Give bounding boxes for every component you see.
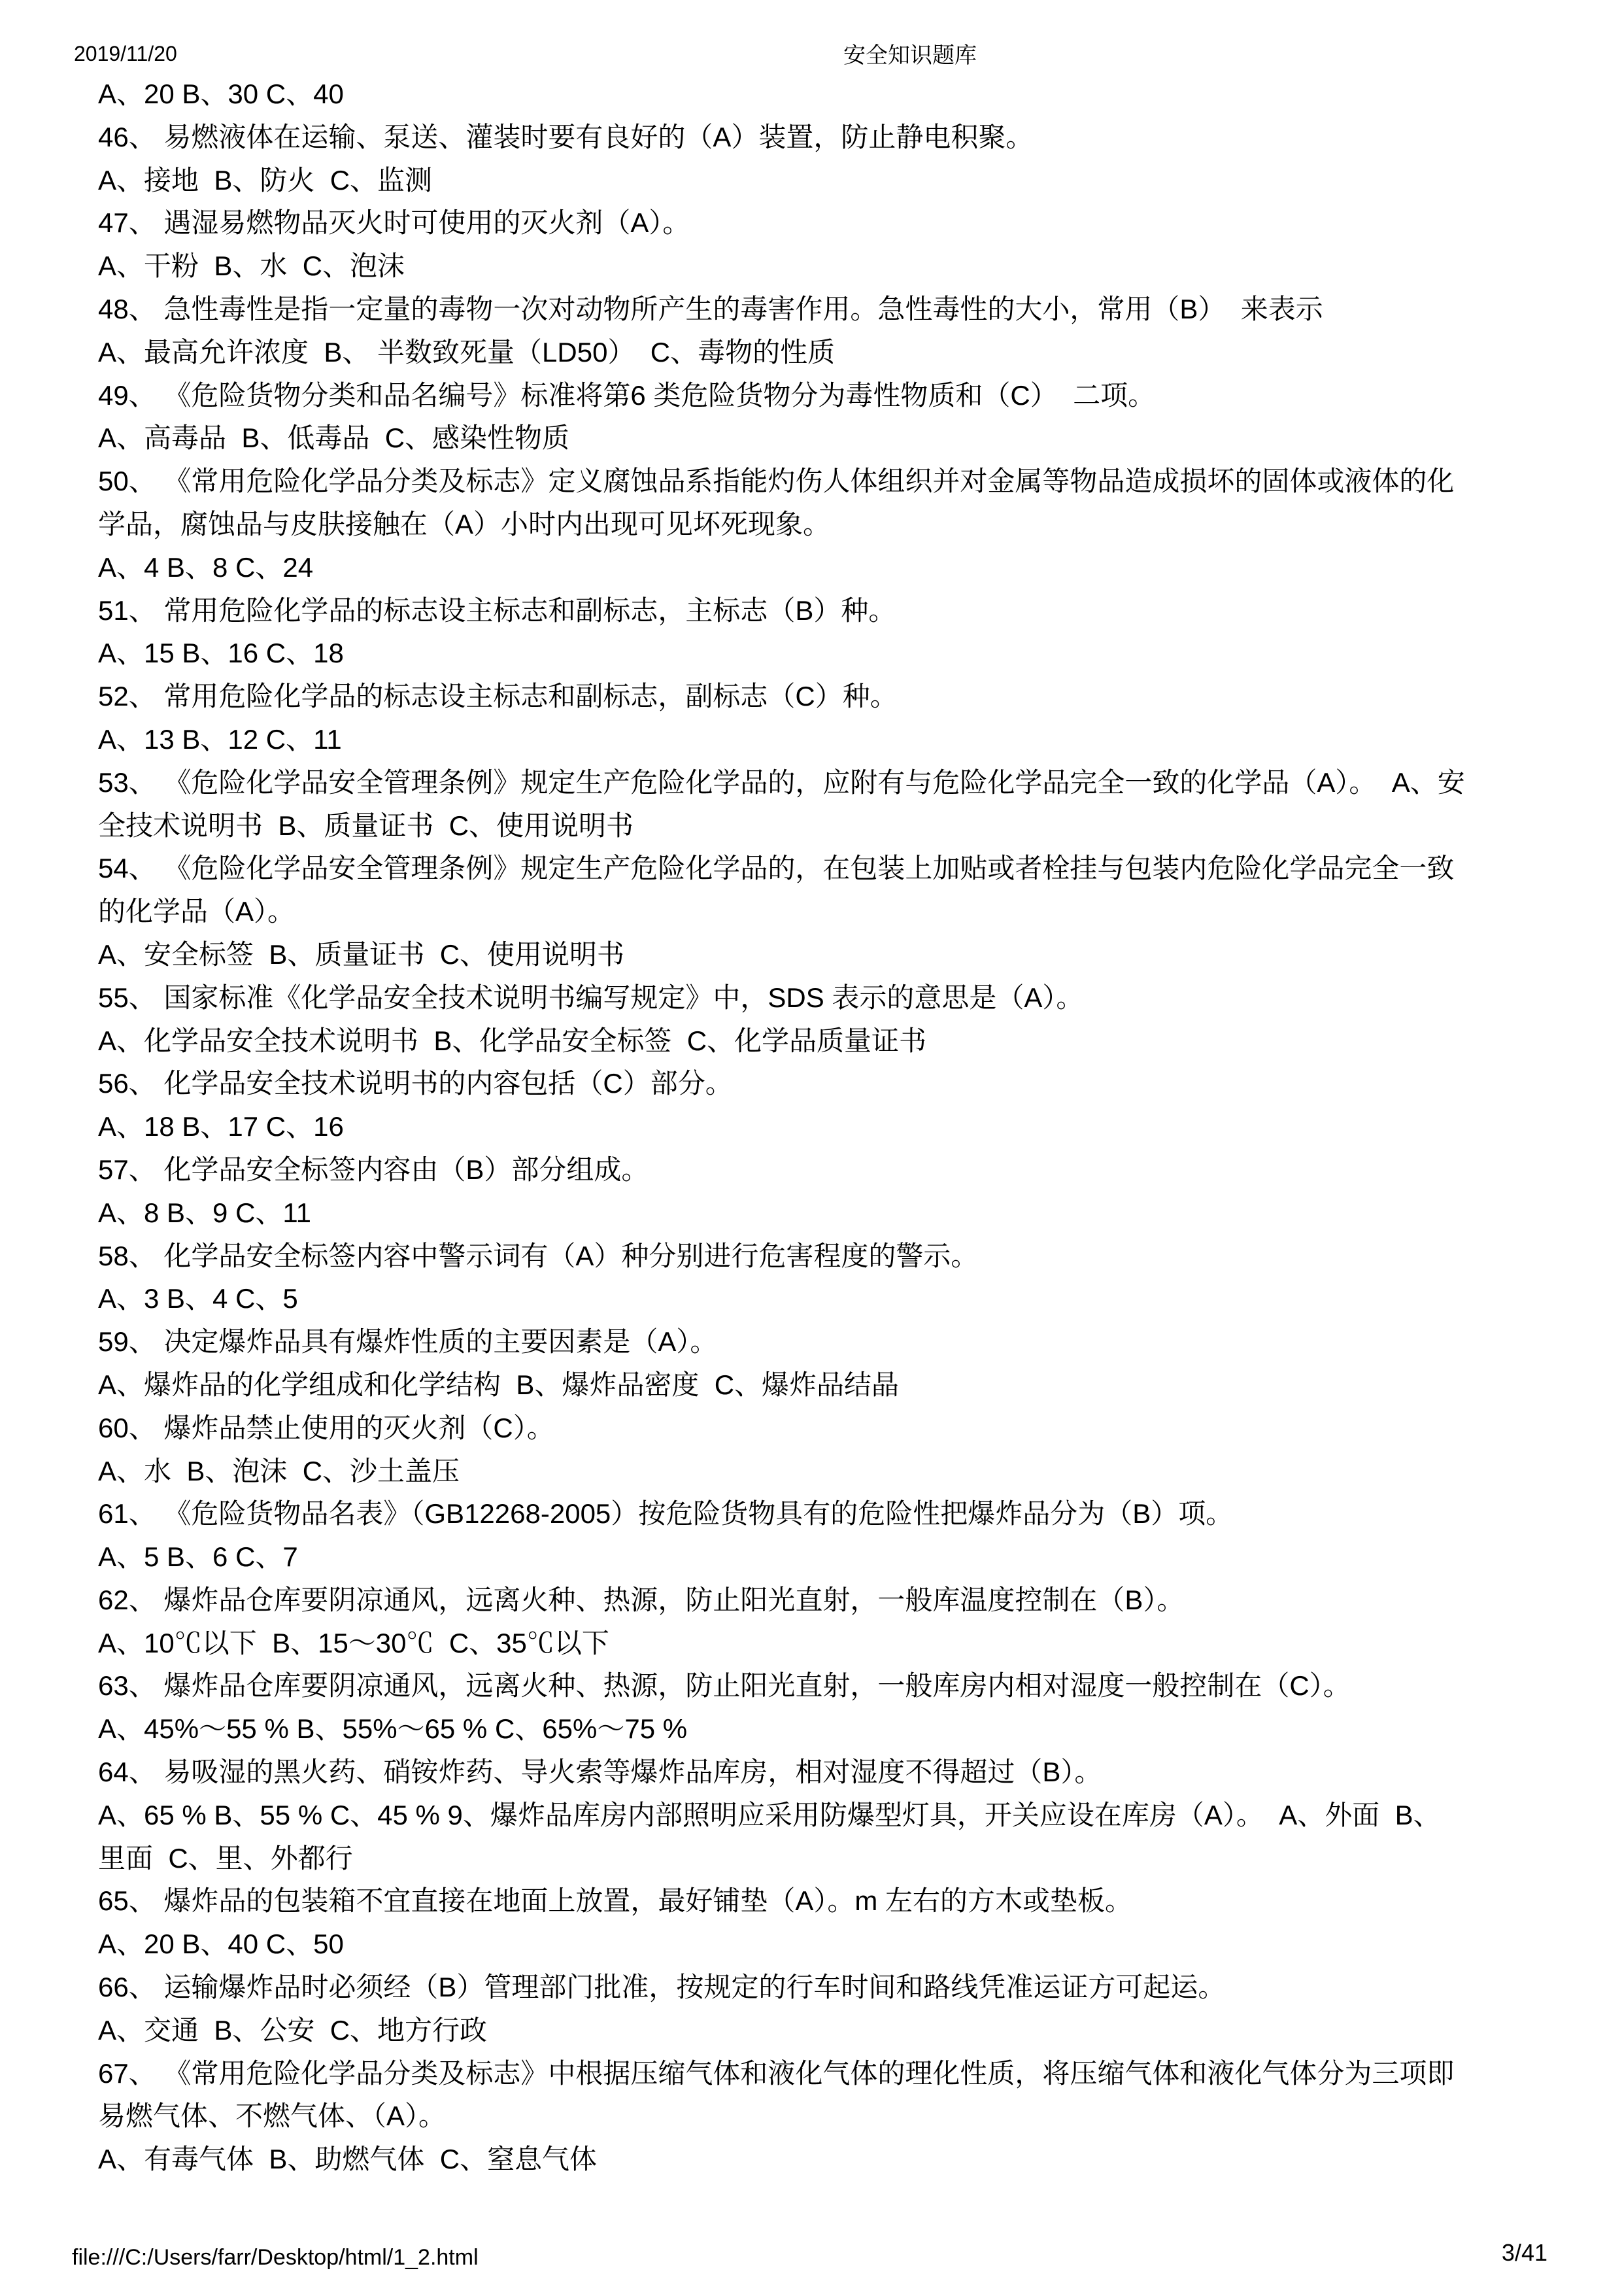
text-line: A、最高允许浓度 B、 半数致死量（LD50） C、毒物的性质 xyxy=(98,331,1589,374)
text-line: 学品，腐蚀品与皮肤接触在（A）小时内出现可见坏死现象。 xyxy=(98,503,1589,546)
text-line: A、18 B、17 C、16 xyxy=(98,1105,1589,1148)
text-line: 67、 《常用危险化学品分类及标志》中根据压缩气体和液化气体的理化性质，将压缩气… xyxy=(98,2052,1589,2095)
text-line: A、20 B、40 C、50 xyxy=(98,1923,1589,1966)
text-line: 59、 决定爆炸品具有爆炸性质的主要因素是（A）。 xyxy=(98,1320,1589,1363)
text-line: A、爆炸品的化学组成和化学结构 B、爆炸品密度 C、爆炸品结晶 xyxy=(98,1363,1589,1407)
footer-page-number: 3/41 xyxy=(1502,2239,1547,2267)
text-line: 64、 易吸湿的黑火药、硝铵炸药、导火索等爆炸品库房，相对湿度不得超过（B）。 xyxy=(98,1751,1589,1794)
text-line: 50、 《常用危险化学品分类及标志》定义腐蚀品系指能灼伤人体组织并对金属等物品造… xyxy=(98,460,1589,503)
text-line: 的化学品（A）。 xyxy=(98,890,1589,933)
text-line: 里面 C、里、外都行 xyxy=(98,1837,1589,1880)
text-line: A、高毒品 B、低毒品 C、感染性物质 xyxy=(98,417,1589,460)
text-line: 51、 常用危险化学品的标志设主标志和副标志，主标志（B）种。 xyxy=(98,589,1589,632)
text-line: A、干粉 B、水 C、泡沫 xyxy=(98,245,1589,288)
text-line: 46、 易燃液体在运输、泵送、灌装时要有良好的（A）装置，防止静电积聚。 xyxy=(98,116,1589,159)
text-line: A、4 B、8 C、24 xyxy=(98,546,1589,589)
text-line: A、有毒气体 B、助燃气体 C、窒息气体 xyxy=(98,2138,1589,2181)
text-line: 易燃气体、不燃气体、（A）。 xyxy=(98,2095,1589,2138)
text-line: A、20 B、30 C、40 xyxy=(98,73,1589,116)
footer-file-path: file:///C:/Users/farr/Desktop/html/1_2.h… xyxy=(72,2244,479,2270)
text-line: 63、 爆炸品仓库要阴凉通风，远离火种、热源，防止阳光直射，一般库房内相对湿度一… xyxy=(98,1664,1589,1707)
text-line: A、8 B、9 C、11 xyxy=(98,1191,1589,1235)
text-line: 56、 化学品安全技术说明书的内容包括（C）部分。 xyxy=(98,1062,1589,1105)
text-line: A、10℃以下 B、15～30℃ C、35℃以下 xyxy=(98,1622,1589,1665)
document-title: 安全知识题库 xyxy=(843,43,977,69)
text-line: 60、 爆炸品禁止使用的灭火剂（C）。 xyxy=(98,1407,1589,1450)
question-list: A、20 B、30 C、4046、 易燃液体在运输、泵送、灌装时要有良好的（A）… xyxy=(98,73,1589,2181)
text-line: A、65 % B、55 % C、45 % 9、爆炸品库房内部照明应采用防爆型灯具… xyxy=(98,1794,1589,1837)
text-line: 48、 急性毒性是指一定量的毒物一次对动物所产生的毒害作用。急性毒性的大小，常用… xyxy=(98,288,1589,331)
text-line: A、水 B、泡沫 C、沙土盖压 xyxy=(98,1450,1589,1493)
text-line: 49、 《危险货物分类和品名编号》标准将第6 类危险货物分为毒性物质和（C） 二… xyxy=(98,374,1589,417)
header-date: 2019/11/20 xyxy=(74,42,177,65)
text-line: A、45%～55 % B、55%～65 % C、65%～75 % xyxy=(98,1707,1589,1751)
text-line: A、接地 B、防火 C、监测 xyxy=(98,159,1589,202)
text-line: 66、 运输爆炸品时必须经（B）管理部门批准，按规定的行车时间和路线凭准运证方可… xyxy=(98,1966,1589,2009)
text-line: 55、 国家标准《化学品安全技术说明书编写规定》中，SDS 表示的意思是（A）。 xyxy=(98,976,1589,1019)
text-line: 62、 爆炸品仓库要阴凉通风，远离火种、热源，防止阳光直射，一般库温度控制在（B… xyxy=(98,1579,1589,1622)
text-line: 54、 《危险化学品安全管理条例》规定生产危险化学品的，在包装上加贴或者栓挂与包… xyxy=(98,847,1589,890)
text-line: 65、 爆炸品的包装箱不宜直接在地面上放置，最好铺垫（A）。m 左右的方木或垫板… xyxy=(98,1879,1589,1923)
text-line: 47、 遇湿易燃物品灭火时可使用的灭火剂（A）。 xyxy=(98,201,1589,245)
text-line: A、5 B、6 C、7 xyxy=(98,1535,1589,1579)
text-line: 61、 《危险货物品名表》（GB12268-2005）按危险货物具有的危险性把爆… xyxy=(98,1492,1589,1535)
text-line: 57、 化学品安全标签内容由（B）部分组成。 xyxy=(98,1148,1589,1191)
text-line: 52、 常用危险化学品的标志设主标志和副标志，副标志（C）种。 xyxy=(98,675,1589,718)
text-line: A、3 B、4 C、5 xyxy=(98,1277,1589,1320)
text-line: A、化学品安全技术说明书 B、化学品安全标签 C、化学品质量证书 xyxy=(98,1019,1589,1063)
text-line: 53、 《危险化学品安全管理条例》规定生产危险化学品的，应附有与危险化学品完全一… xyxy=(98,761,1589,804)
text-line: 全技术说明书 B、质量证书 C、使用说明书 xyxy=(98,804,1589,848)
text-line: A、15 B、16 C、18 xyxy=(98,632,1589,675)
text-line: A、安全标签 B、质量证书 C、使用说明书 xyxy=(98,933,1589,976)
text-line: 58、 化学品安全标签内容中警示词有（A）种分别进行危害程度的警示。 xyxy=(98,1235,1589,1278)
text-line: A、13 B、12 C、11 xyxy=(98,718,1589,761)
document-page: 2019/11/20 安全知识题库 A、20 B、30 C、4046、 易燃液体… xyxy=(0,0,1622,2296)
text-line: A、交通 B、公安 C、地方行政 xyxy=(98,2009,1589,2052)
